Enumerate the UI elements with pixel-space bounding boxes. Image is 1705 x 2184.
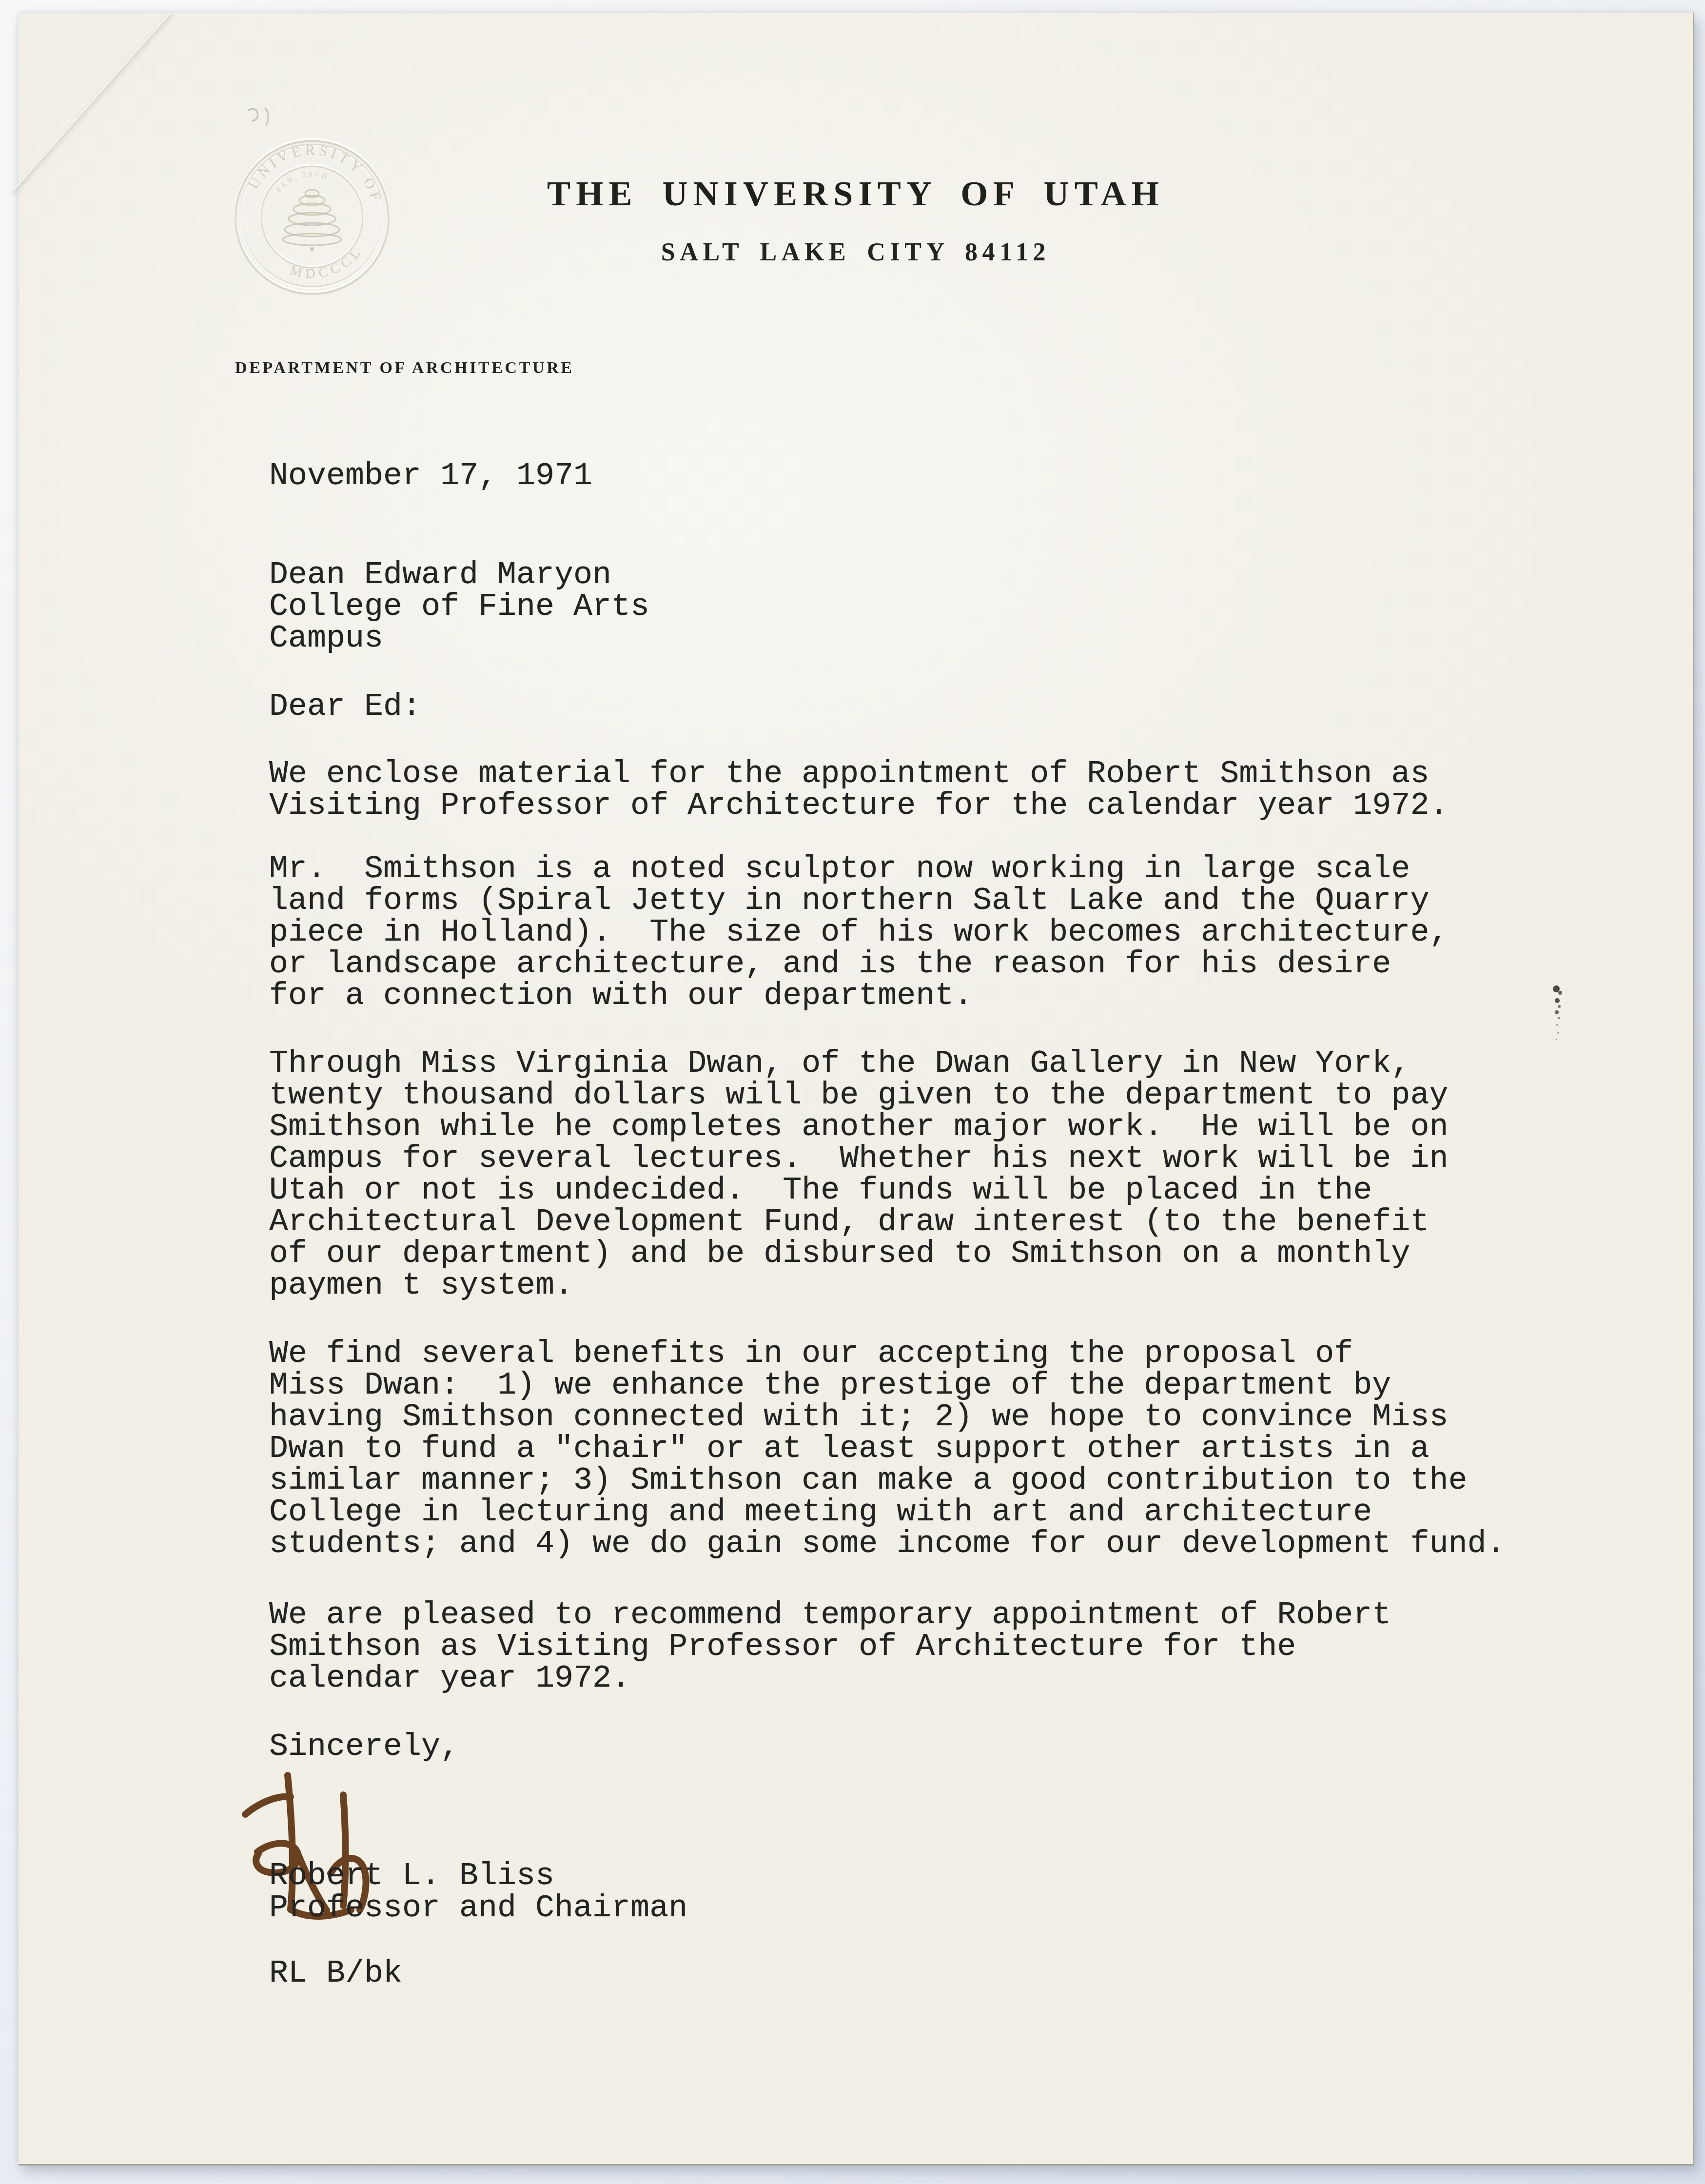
letter-date: November 17, 1971 — [269, 460, 592, 492]
signer-title: Professor and Chairman — [269, 1890, 687, 1926]
typist-initials: RL B/bk — [269, 1958, 402, 1989]
corner-crease — [12, 13, 171, 193]
letterhead-department: DEPARTMENT OF ARCHITECTURE — [235, 358, 574, 378]
pencil-mark — [243, 103, 277, 133]
salutation: Dear Ed: — [269, 691, 421, 723]
signer-name-block: Robert L. Bliss Professor and Chairman — [269, 1860, 687, 1924]
recipient-block: Dean Edward Maryon College of Fine Arts … — [269, 559, 649, 654]
embossed-seal-icon: UNIVERSITY OF UTAH MDCCCL FEB. 28TH — [232, 136, 392, 297]
letter-paper: UNIVERSITY OF UTAH MDCCCL FEB. 28TH THE … — [19, 13, 1694, 2165]
ink-smudge — [1543, 982, 1572, 1045]
paragraph-4: We find several benefits in our acceptin… — [269, 1338, 1505, 1560]
paragraph-1: We enclose material for the appointment … — [269, 758, 1448, 822]
letterhead-university: THE UNIVERSITY OF UTAH — [19, 176, 1693, 211]
scan-background: { "letterhead": { "university": "THE UNI… — [0, 0, 1705, 2184]
paragraph-2: Mr. Smithson is a noted sculptor now wor… — [269, 853, 1448, 1012]
paragraph-3: Through Miss Virginia Dwan, of the Dwan … — [269, 1048, 1448, 1301]
signer-name: Robert L. Bliss — [269, 1858, 554, 1894]
letterhead-city-line: SALT LAKE CITY 84112 — [19, 240, 1693, 265]
paragraph-5: We are pleased to recommend temporary ap… — [269, 1599, 1391, 1694]
